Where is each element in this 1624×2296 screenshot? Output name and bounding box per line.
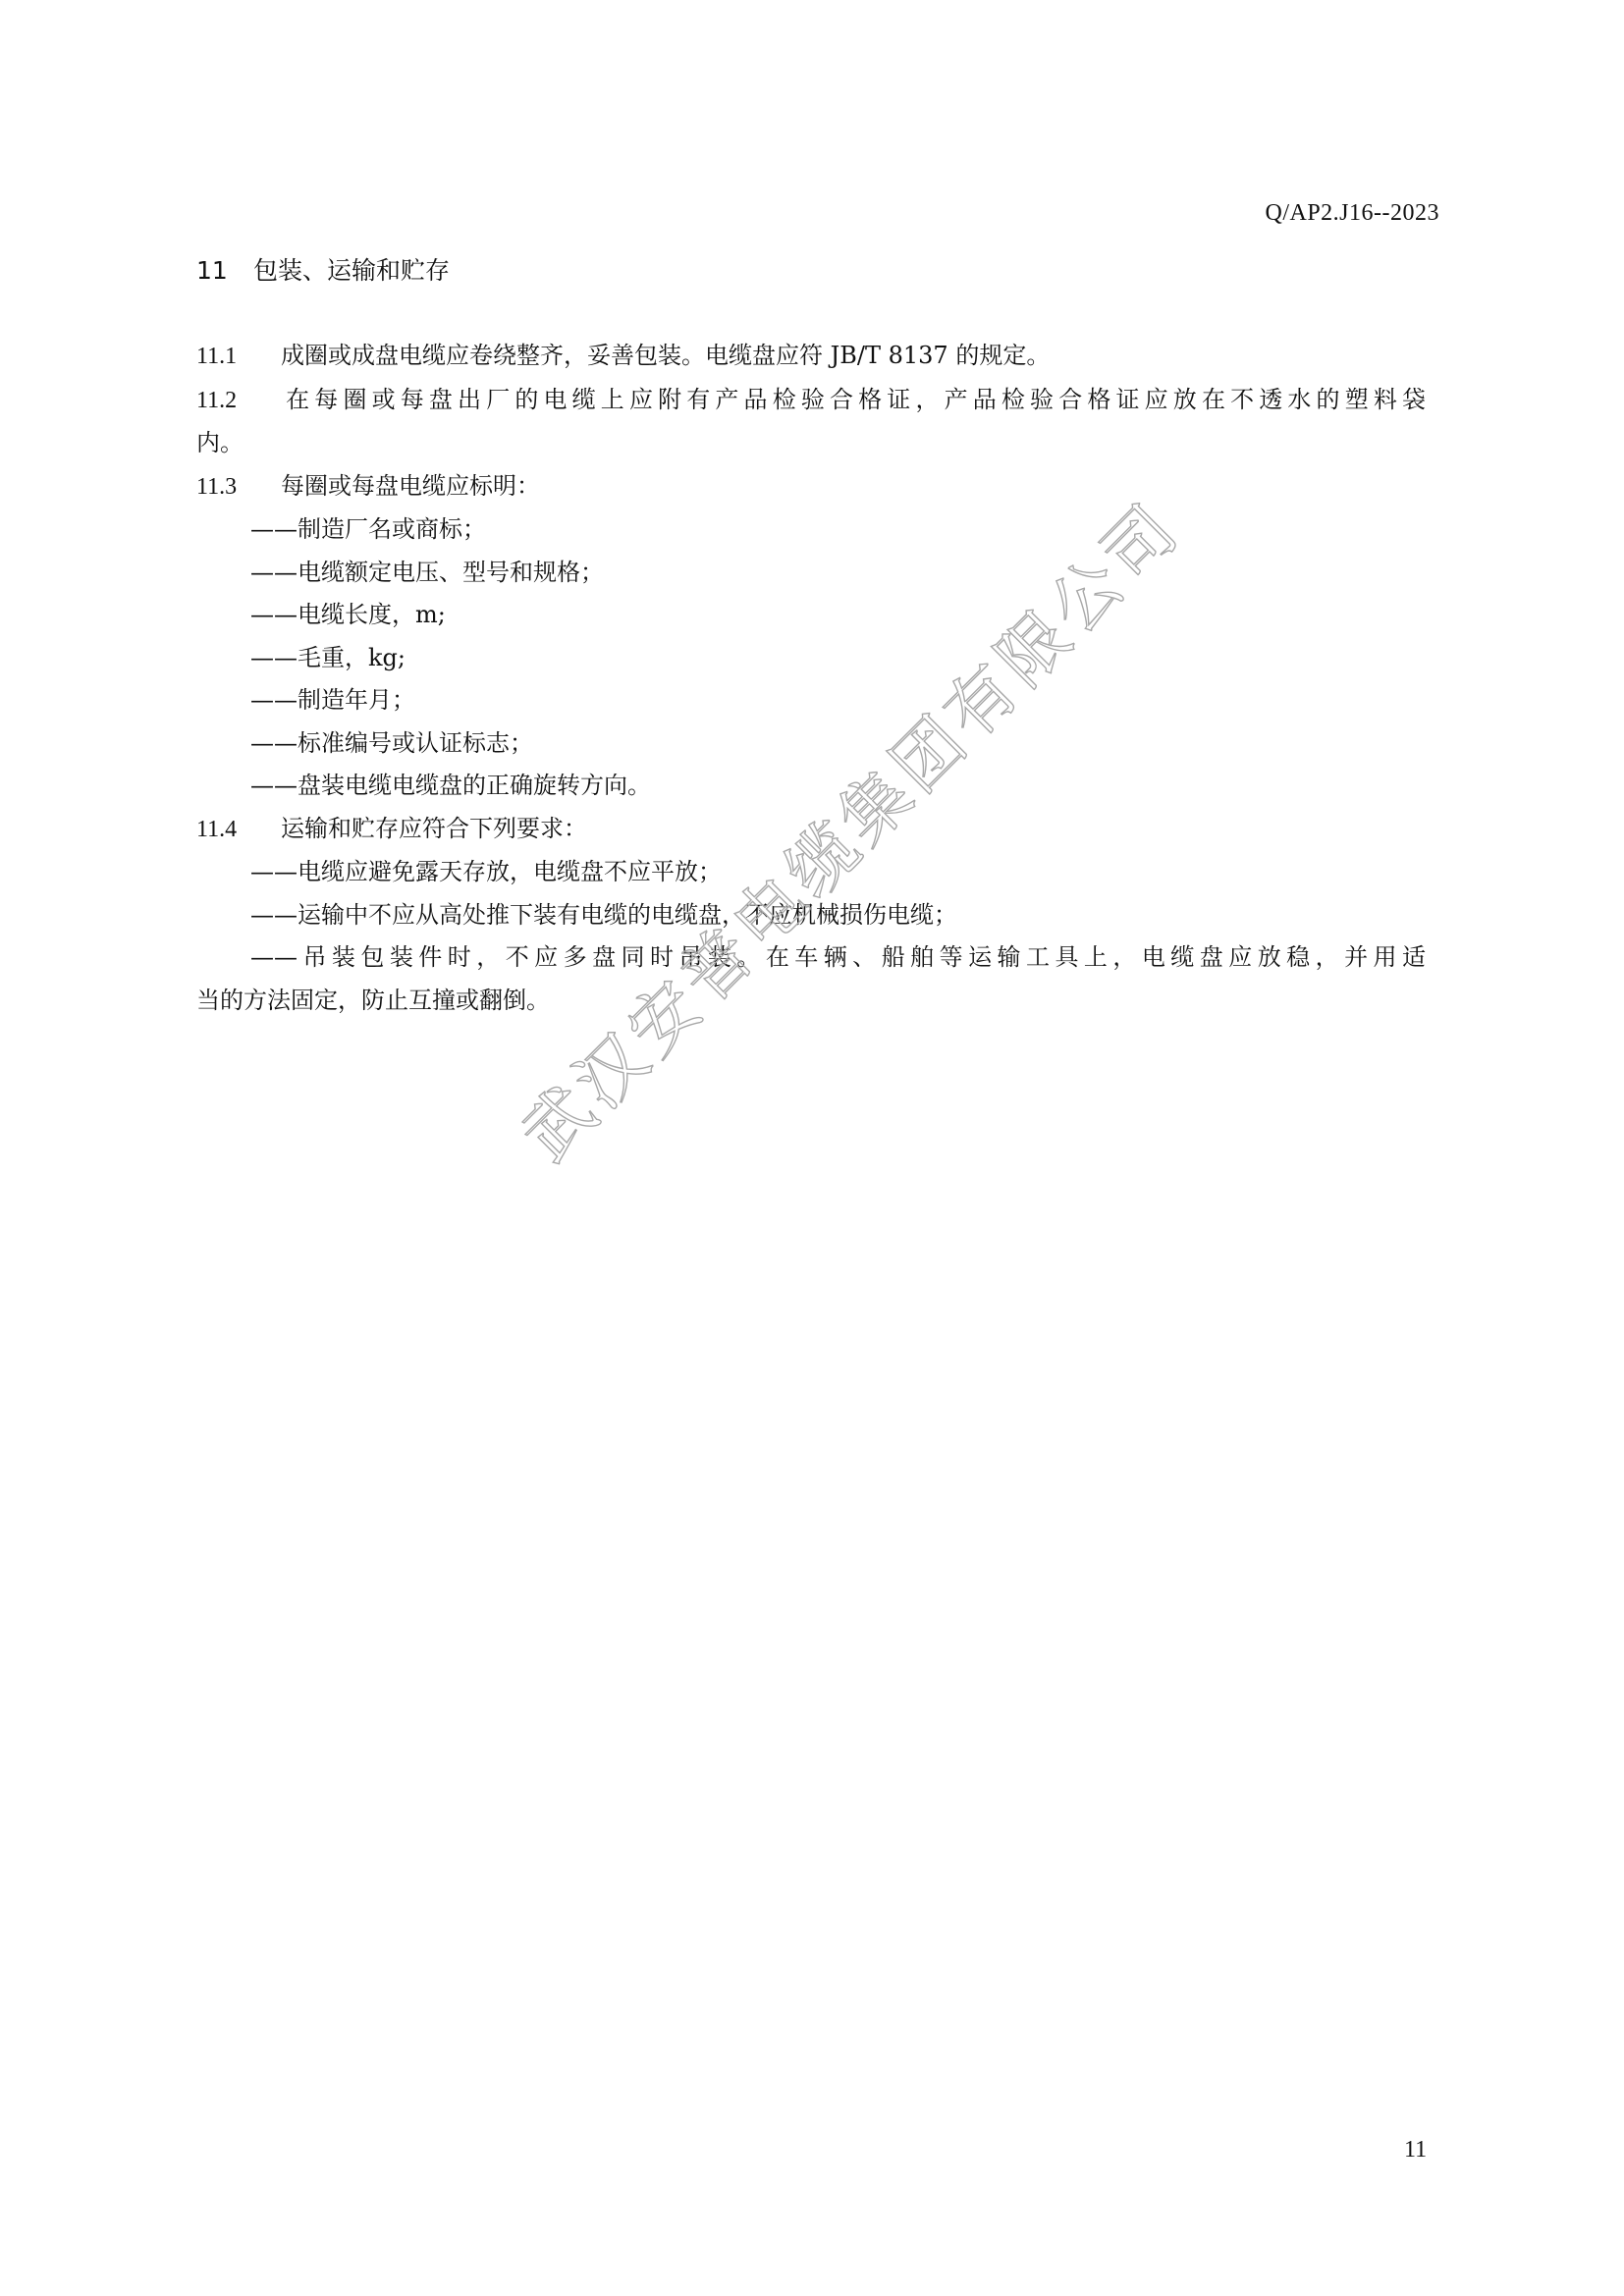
list-item: ——毛重，kg; <box>196 637 1426 680</box>
clause-text: 运输和贮存应符合下列要求： <box>281 815 587 842</box>
clause-text: 在每圈或每盘出厂的电缆上应附有产品检验合格证，产品检验合格证应放在不透水的塑料袋 <box>281 386 1426 413</box>
list-item: ——电缆长度，m; <box>196 594 1426 637</box>
clause-text: 成圈或成盘电缆应卷绕整齐，妥善包装。电缆盘应符 JB/T 8137 的规定。 <box>281 342 1050 369</box>
section-title: 包装、运输和贮存 <box>253 256 450 285</box>
list-item: ——运输中不应从高处推下装有电缆的电缆盘，不应机械损伤电缆； <box>196 894 1426 937</box>
document-code: Q/AP2.J16--2023 <box>1265 198 1439 228</box>
clause-text: 每圈或每盘电缆应标明： <box>281 472 540 500</box>
list-item-continuation: 当的方法固定，防止互撞或翻倒。 <box>196 980 1426 1023</box>
clause-text: 内。 <box>196 429 244 456</box>
list-item: ——制造年月； <box>196 679 1426 722</box>
clause-11-2-continuation: 内。 <box>196 422 1426 465</box>
clause-11-4: 11.4运输和贮存应符合下列要求： <box>196 808 1426 852</box>
section-number: 11 <box>196 253 253 289</box>
list-item: ——吊装包装件时，不应多盘同时吊装。在车辆、船舶等运输工具上，电缆盘应放稳，并用… <box>196 936 1426 980</box>
list-item: ——电缆应避免露天存放，电缆盘不应平放； <box>196 851 1426 894</box>
list-item: ——盘装电缆电缆盘的正确旋转方向。 <box>196 765 1426 808</box>
section-body: 11.1成圈或成盘电缆应卷绕整齐，妥善包装。电缆盘应符 JB/T 8137 的规… <box>196 335 1426 1022</box>
clause-number: 11.1 <box>196 336 281 379</box>
clause-number: 11.4 <box>196 809 281 852</box>
section-heading: 11包装、运输和贮存 <box>196 253 450 289</box>
list-item: ——制造厂名或商标； <box>196 508 1426 552</box>
clause-11-2: 11.2在每圈或每盘出厂的电缆上应附有产品检验合格证，产品检验合格证应放在不透水… <box>196 379 1426 423</box>
clause-11-1: 11.1成圈或成盘电缆应卷绕整齐，妥善包装。电缆盘应符 JB/T 8137 的规… <box>196 335 1426 379</box>
page-number: 11 <box>1404 2136 1427 2163</box>
list-item: ——标准编号或认证标志； <box>196 722 1426 766</box>
clause-11-3: 11.3每圈或每盘电缆应标明： <box>196 465 1426 509</box>
clause-number: 11.2 <box>196 380 281 423</box>
list-item: ——电缆额定电压、型号和规格； <box>196 552 1426 595</box>
clause-number: 11.3 <box>196 466 281 509</box>
